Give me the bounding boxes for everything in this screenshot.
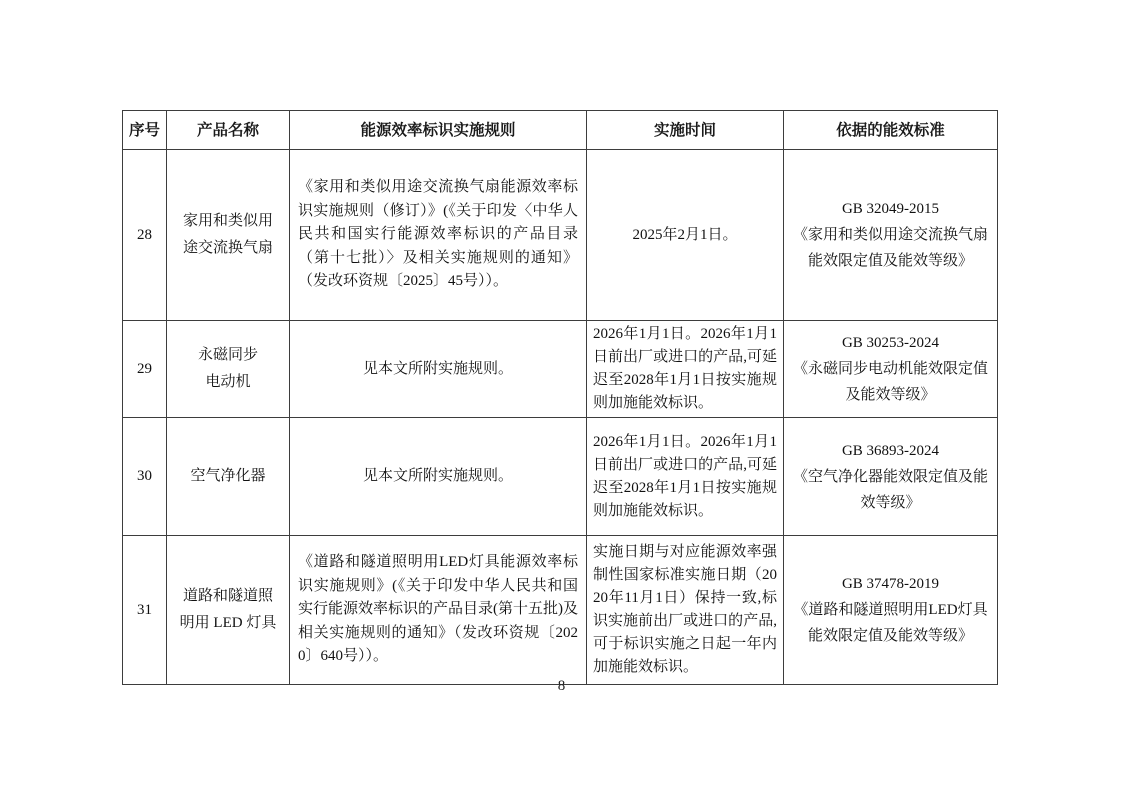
energy-label-products-table: 序号 产品名称 能源效率标识实施规则 实施时间 依据的能效标准 28 家用和类似… <box>122 110 998 685</box>
product-name-cell: 空气净化器 <box>167 418 290 536</box>
product-name-cell: 永磁同步 电动机 <box>167 321 290 418</box>
standard-title: 《家用和类似用途交流换气扇能效限定值及能效等级》 <box>793 222 988 274</box>
table-header-row: 序号 产品名称 能源效率标识实施规则 实施时间 依据的能效标准 <box>123 111 998 150</box>
header-cell-rule: 能源效率标识实施规则 <box>290 111 587 150</box>
row-number-cell: 31 <box>123 536 167 685</box>
standard-code: GB 30253-2024 <box>793 330 988 356</box>
product-name-cell: 道路和隧道照 明用 LED 灯具 <box>167 536 290 685</box>
time-cell: 2026年1月1日。2026年1月1日前出厂或进口的产品,可延迟至2028年1月… <box>587 321 784 418</box>
header-cell-no: 序号 <box>123 111 167 150</box>
header-cell-standard: 依据的能效标准 <box>784 111 998 150</box>
time-cell: 2026年1月1日。2026年1月1日前出厂或进口的产品,可延迟至2028年1月… <box>587 418 784 536</box>
standard-code: GB 37478-2019 <box>793 571 988 597</box>
header-cell-product: 产品名称 <box>167 111 290 150</box>
table-row: 30 空气净化器 见本文所附实施规则。 2026年1月1日。2026年1月1日前… <box>123 418 998 536</box>
standard-cell: GB 32049-2015 《家用和类似用途交流换气扇能效限定值及能效等级》 <box>784 150 998 321</box>
rule-cell: 见本文所附实施规则。 <box>290 418 587 536</box>
time-cell: 实施日期与对应能源效率强制性国家标准实施日期（2020年11月1日）保持一致,标… <box>587 536 784 685</box>
table-row: 31 道路和隧道照 明用 LED 灯具 《道路和隧道照明用LED灯具能源效率标识… <box>123 536 998 685</box>
row-number-cell: 28 <box>123 150 167 321</box>
row-number-cell: 30 <box>123 418 167 536</box>
rule-cell: 《家用和类似用途交流换气扇能源效率标识实施规则（修订）》(《关于印发〈中华人民共… <box>290 150 587 321</box>
page-number: 8 <box>0 678 1123 695</box>
rule-cell: 见本文所附实施规则。 <box>290 321 587 418</box>
row-number-cell: 29 <box>123 321 167 418</box>
standard-title: 《永磁同步电动机能效限定值及能效等级》 <box>793 356 988 408</box>
standard-code: GB 36893-2024 <box>793 438 988 464</box>
header-cell-time: 实施时间 <box>587 111 784 150</box>
standard-code: GB 32049-2015 <box>793 196 988 222</box>
standard-title: 《道路和隧道照明用LED灯具能效限定值及能效等级》 <box>793 597 988 649</box>
rule-cell: 《道路和隧道照明用LED灯具能源效率标识实施规则》(《关于印发中华人民共和国实行… <box>290 536 587 685</box>
standard-cell: GB 37478-2019 《道路和隧道照明用LED灯具能效限定值及能效等级》 <box>784 536 998 685</box>
time-cell: 2025年2月1日。 <box>587 150 784 321</box>
table-row: 29 永磁同步 电动机 见本文所附实施规则。 2026年1月1日。2026年1月… <box>123 321 998 418</box>
table-row: 28 家用和类似用 途交流换气扇 《家用和类似用途交流换气扇能源效率标识实施规则… <box>123 150 998 321</box>
product-name-cell: 家用和类似用 途交流换气扇 <box>167 150 290 321</box>
standard-title: 《空气净化器能效限定值及能效等级》 <box>793 464 988 516</box>
standard-cell: GB 36893-2024 《空气净化器能效限定值及能效等级》 <box>784 418 998 536</box>
document-page: 序号 产品名称 能源效率标识实施规则 实施时间 依据的能效标准 28 家用和类似… <box>0 0 1123 794</box>
standard-cell: GB 30253-2024 《永磁同步电动机能效限定值及能效等级》 <box>784 321 998 418</box>
